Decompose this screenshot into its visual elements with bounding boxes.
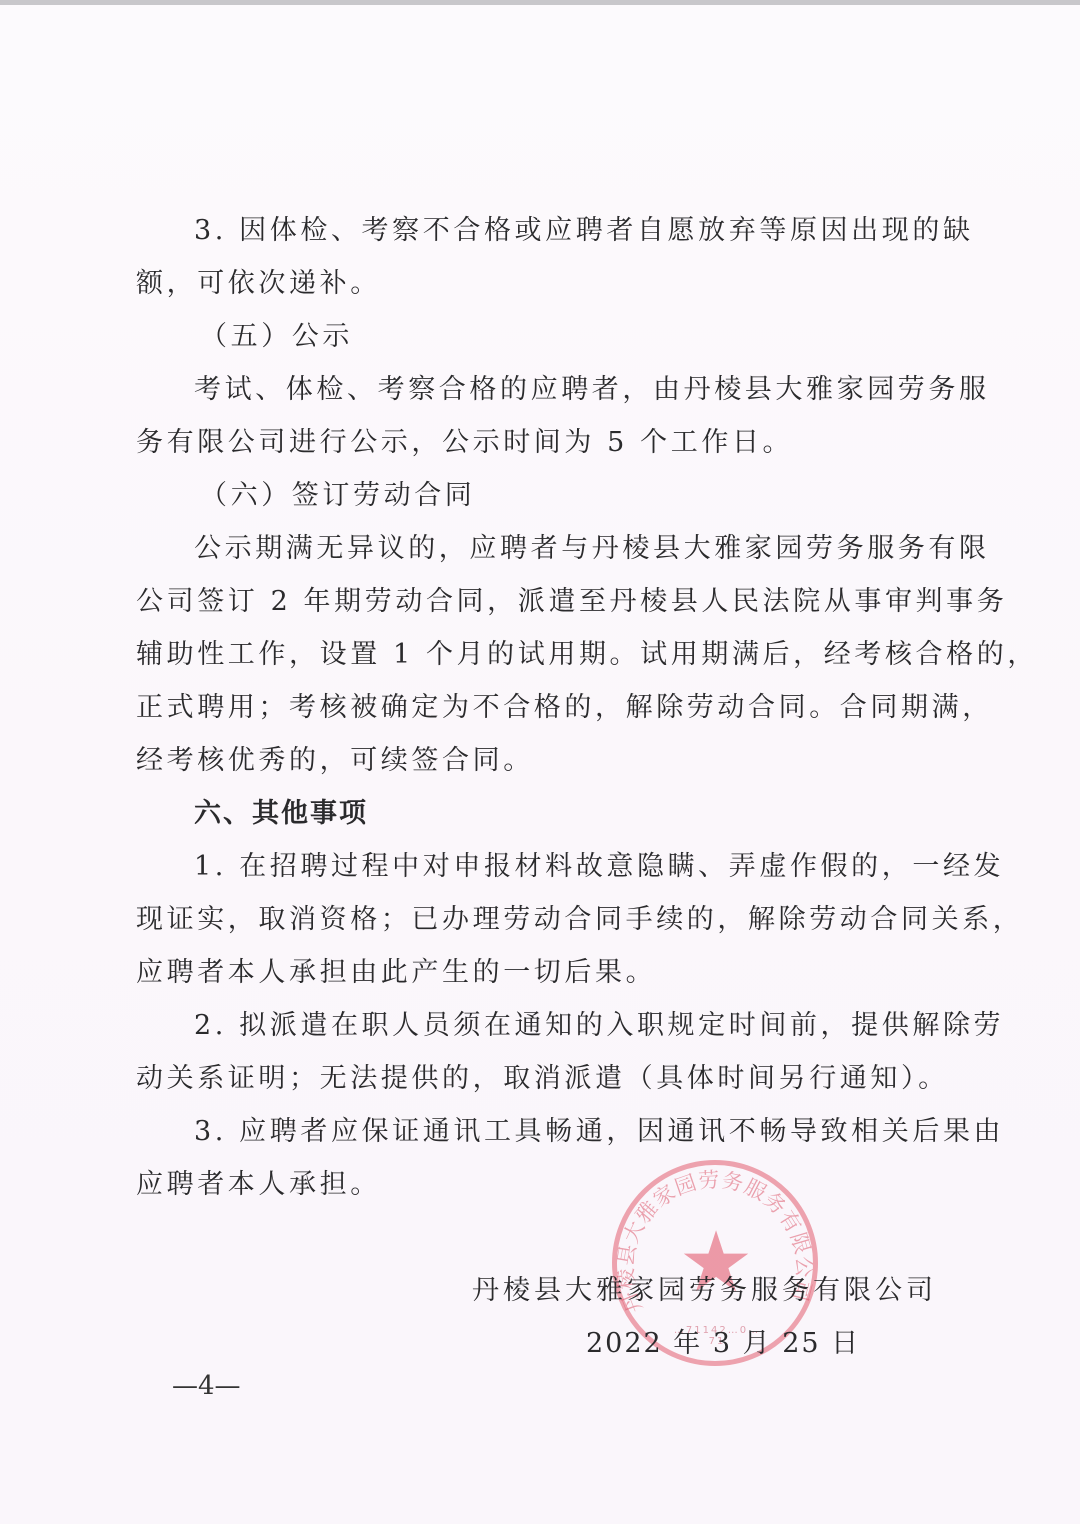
paragraph-line: 3. 因体检、考察不合格或应聘者自愿放弃等原因出现的缺	[194, 213, 1004, 249]
paragraph-line: 现证实，取消资格；已办理劳动合同手续的，解除劳动合同关系，	[136, 902, 946, 938]
paragraph-line: 动关系证明；无法提供的，取消派遣（具体时间另行通知）。	[136, 1061, 946, 1097]
paragraph-line: 辅助性工作，设置 1 个月的试用期。试用期满后，经考核合格的，	[136, 637, 946, 673]
section-heading-contract: （六）签订劳动合同	[200, 478, 1010, 514]
paragraph-line: 2. 拟派遣在职人员须在通知的入职规定时间前，提供解除劳	[194, 1008, 1004, 1044]
paragraph-line: 应聘者本人承担由此产生的一切后果。	[136, 955, 946, 991]
signature-date: 2022 年 3 月 25 日	[586, 1321, 860, 1360]
paragraph-line: 公司签订 2 年期劳动合同，派遣至丹棱县人民法院从事审判事务	[136, 584, 946, 620]
signature-organization: 丹棱县大雅家园劳务服务有限公司	[472, 1268, 937, 1307]
part-heading-other-matters: 六、其他事项	[194, 796, 1004, 832]
paragraph-line: 正式聘用；考核被确定为不合格的，解除劳动合同。合同期满，	[136, 690, 946, 726]
paragraph-line: 务有限公司进行公示，公示时间为 5 个工作日。	[136, 425, 946, 461]
paragraph-line: 3. 应聘者应保证通讯工具畅通，因通讯不畅导致相关后果由	[194, 1114, 1004, 1150]
paragraph-line: 经考核优秀的，可续签合同。	[136, 743, 946, 779]
paragraph-line: 公示期满无异议的，应聘者与丹棱县大雅家园劳务服务有限	[194, 531, 1004, 567]
page-number: —4—	[172, 1371, 241, 1401]
paragraph-line: 额，可依次递补。	[136, 266, 946, 302]
paragraph-line: 考试、体检、考察合格的应聘者，由丹棱县大雅家园劳务服	[194, 372, 1004, 408]
document-page: 3. 因体检、考察不合格或应聘者自愿放弃等原因出现的缺 额，可依次递补。 （五）…	[0, 5, 1080, 1524]
paragraph-line: 1. 在招聘过程中对申报材料故意隐瞒、弄虚作假的，一经发	[194, 849, 1004, 885]
paragraph-line: 应聘者本人承担。	[136, 1167, 946, 1203]
section-heading-publicity: （五）公示	[200, 319, 1010, 355]
